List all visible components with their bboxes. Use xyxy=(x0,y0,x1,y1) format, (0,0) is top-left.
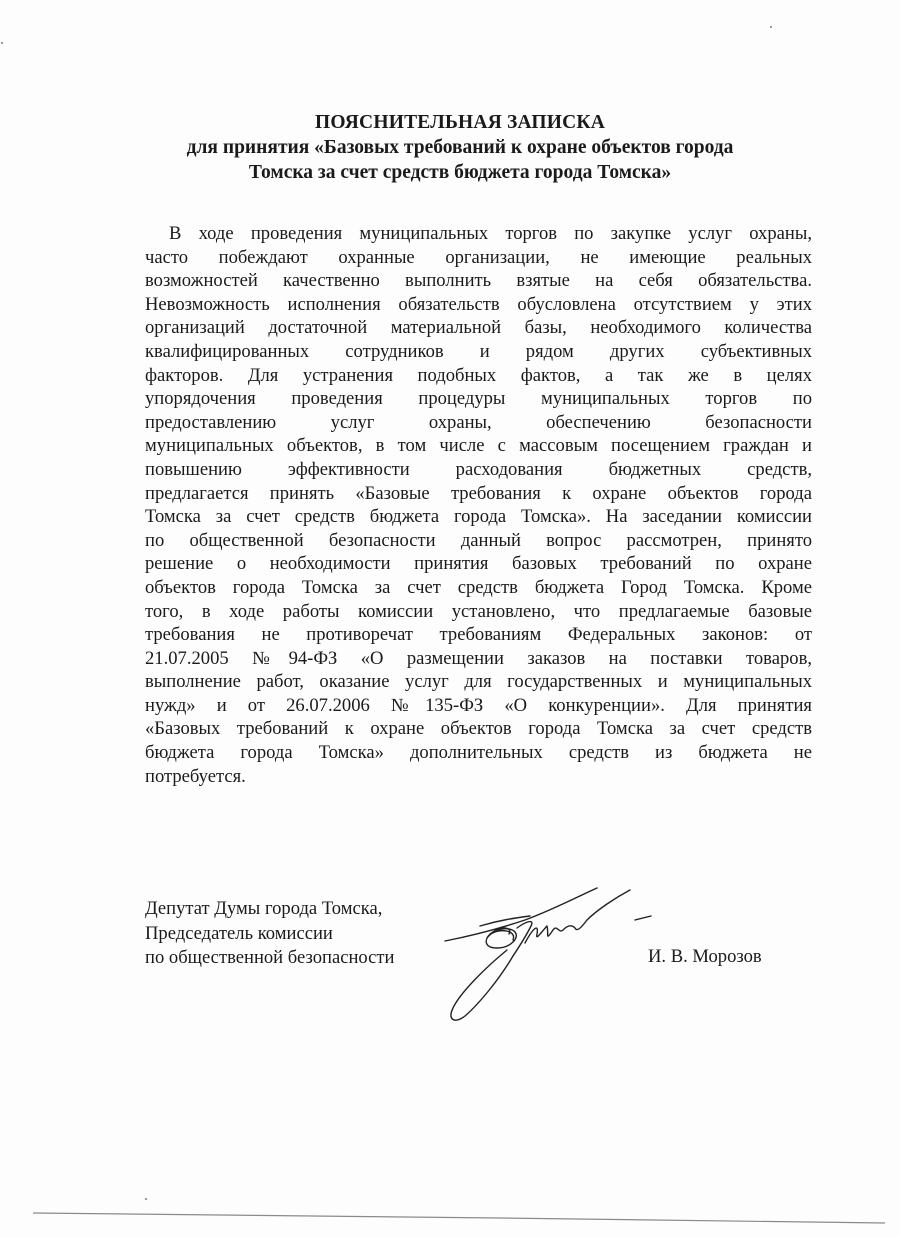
document-subtitle-line-2: Томска за счет средств бюджета города То… xyxy=(140,160,780,185)
scan-speck xyxy=(145,1198,147,1200)
document-title: ПОЯСНИТЕЛЬНАЯ ЗАПИСКА xyxy=(140,110,780,135)
signer-position-line: Депутат Думы города Томска, xyxy=(145,897,395,922)
scan-speck xyxy=(1,42,3,44)
body-line: потребуется. xyxy=(145,765,812,789)
body-line: квалифицированных сотрудников и рядом др… xyxy=(145,340,812,364)
body-line: предлагается принять «Базовые требования… xyxy=(145,482,812,506)
body-line: предоставлению услуг охраны, обеспечению… xyxy=(145,411,812,435)
body-line: часто побеждают охранные организации, не… xyxy=(145,246,812,270)
scan-speck xyxy=(770,26,772,28)
body-line: 21.07.2005 №94-ФЗ «О размещении заказов … xyxy=(145,647,812,671)
body-line: нужд» и от 26.07.2006 №135-ФЗ «О конкуре… xyxy=(145,694,812,718)
body-line: факторов. Для устранения подобных фактов… xyxy=(145,364,812,388)
body-line: объектов города Томска за счет средств б… xyxy=(145,576,812,600)
document-header: ПОЯСНИТЕЛЬНАЯ ЗАПИСКА для принятия «Базо… xyxy=(140,110,780,185)
body-line: «Базовых требований к охране объектов го… xyxy=(145,717,812,741)
body-line: муниципальных объектов, в том числе с ма… xyxy=(145,434,812,458)
body-line: организаций достаточной материальной баз… xyxy=(145,316,812,340)
body-line: повышению эффективности расходования бюд… xyxy=(145,458,812,482)
document-page: ПОЯСНИТЕЛЬНАЯ ЗАПИСКА для принятия «Базо… xyxy=(0,0,900,1237)
signer-position: Депутат Думы города Томска, Председатель… xyxy=(145,897,395,971)
signer-position-line: Председатель комиссии xyxy=(145,922,395,947)
body-line: выполнение работ, оказание услуг для гос… xyxy=(145,670,812,694)
handwritten-signature-icon xyxy=(425,868,675,1028)
signer-position-line: по общественной безопасности xyxy=(145,946,395,971)
body-line: бюджета города Томска» дополнительных ср… xyxy=(145,741,812,765)
document-subtitle-line-1: для принятия «Базовых требований к охран… xyxy=(140,135,780,160)
body-line: Томска за счет средств бюджета города То… xyxy=(145,505,812,529)
signer-name: И. В. Морозов xyxy=(648,946,762,968)
body-line: В ходе проведения муниципальных торгов п… xyxy=(145,222,812,246)
body-line: требования не противоречат требованиям Ф… xyxy=(145,623,812,647)
body-line: Невозможность исполнения обязательств об… xyxy=(145,293,812,317)
body-line: по общественной безопасности данный вопр… xyxy=(145,529,812,553)
body-line: того, в ходе работы комиссии установлено… xyxy=(145,600,812,624)
body-line: возможностей качественно выполнить взяты… xyxy=(145,269,812,293)
document-body: В ходе проведения муниципальных торгов п… xyxy=(145,222,812,788)
body-line: решение о необходимости принятия базовых… xyxy=(145,552,812,576)
body-line: упорядочения проведения процедуры муници… xyxy=(145,387,812,411)
